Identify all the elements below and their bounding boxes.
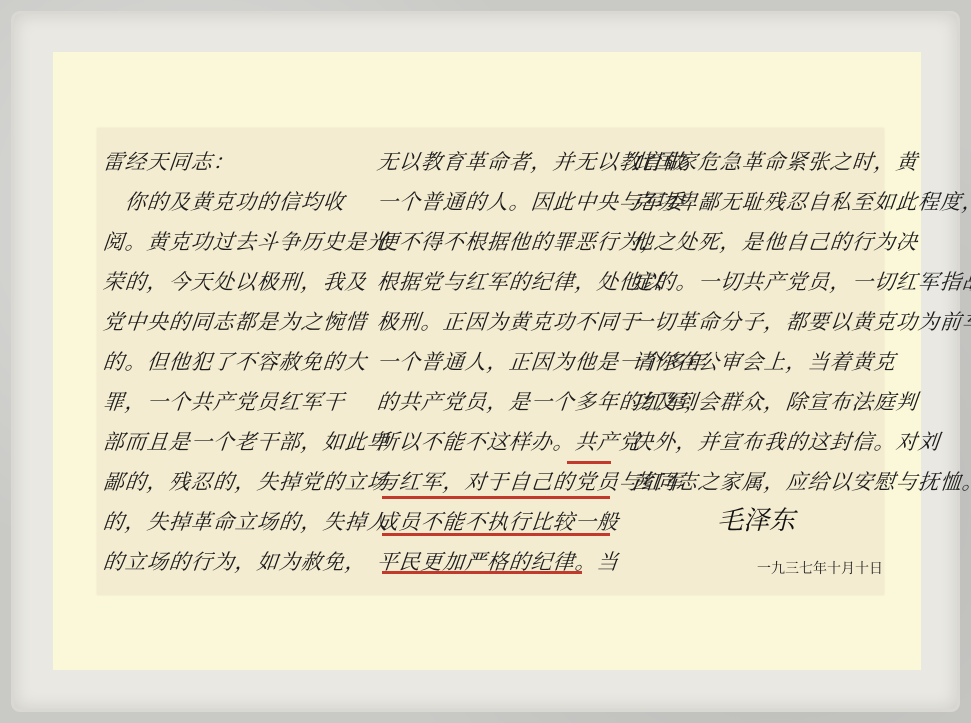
red-underline	[567, 461, 611, 464]
letter-line: 的立场的行为，如为赦免，	[101, 542, 360, 582]
letter-line: 此国家危急革命紧张之时，黄	[630, 142, 879, 182]
letter-line: 克功卑鄙无耻残忍自私至如此程度，	[630, 182, 879, 222]
letter-line: 所以不能不这样办。共产党	[375, 422, 624, 462]
letter-column-1: 雷经天同志： 你的及黄克功的信均收 阅。黄克功过去斗争历史是光 荣的，今天处以极…	[103, 142, 358, 582]
letter-line: 党中央的同志都是为之惋惜	[101, 302, 360, 342]
red-underline	[382, 496, 610, 499]
letter-line: 一切革命分子，都要以黄克功为前车之戒。	[630, 302, 879, 342]
letter-line: 一个普通人，正因为他是一个多年	[375, 342, 624, 382]
letter-line: 的，失掉革命立场的，失掉人	[101, 502, 360, 542]
letter-line: 功及到会群众，除宣布法庭判	[630, 382, 879, 422]
letter-line: 无以教育革命者，并无以教育做	[375, 142, 624, 182]
letter-line: 你的及黄克功的信均收	[101, 182, 360, 222]
letter-date: 一九三七年十月十日	[757, 558, 883, 578]
letter-line: 便不得不根据他的罪恶行为，	[375, 222, 624, 262]
letter-line: 雷经天同志：	[101, 142, 360, 182]
letter-line: 他之处死，是他自己的行为决	[630, 222, 879, 262]
letter-line: 鄙的，残忍的，失掉党的立场	[101, 462, 360, 502]
letter-line: 荣的，今天处以极刑，我及	[101, 262, 360, 302]
letter-line: 极刑。正因为黄克功不同于	[375, 302, 624, 342]
red-underline	[382, 571, 582, 574]
letter-column-2: 无以教育革命者，并无以教育做 一个普通的人。因此中央与军委 便不得不根据他的罪恶…	[377, 142, 622, 582]
letter-line: 部而且是一个老干部，如此卑	[101, 422, 360, 462]
letter-line: 根据党与红军的纪律，处他以	[375, 262, 624, 302]
letter-line: 阅。黄克功过去斗争历史是光	[101, 222, 360, 262]
letter-line-underlined: 成员不能不执行比较一般	[375, 502, 624, 542]
letter-line-underlined: 平民更加严格的纪律。当	[375, 542, 624, 582]
letter-line: 的。但他犯了不容赦免的大	[101, 342, 360, 382]
letter-line: 请你在公审会上，当着黄克	[630, 342, 879, 382]
letter-line: 定的。一切共产党员，一切红军指战员，	[630, 262, 879, 302]
letter-line: 决外，并宣布我的这封信。对刘	[630, 422, 879, 462]
letter-line: 罪，一个共产党员红军干	[101, 382, 360, 422]
signature: 毛泽东	[717, 500, 795, 537]
letter-line: 茜同志之家属，应给以安慰与抚恤。	[630, 462, 879, 502]
letter-line: 的共产党员，是一个多年的红军，	[375, 382, 624, 422]
red-underline	[382, 533, 610, 536]
letter-line: 一个普通的人。因此中央与军委	[375, 182, 624, 222]
handwritten-letter: 雷经天同志： 你的及黄克功的信均收 阅。黄克功过去斗争历史是光 荣的，今天处以极…	[97, 128, 884, 595]
